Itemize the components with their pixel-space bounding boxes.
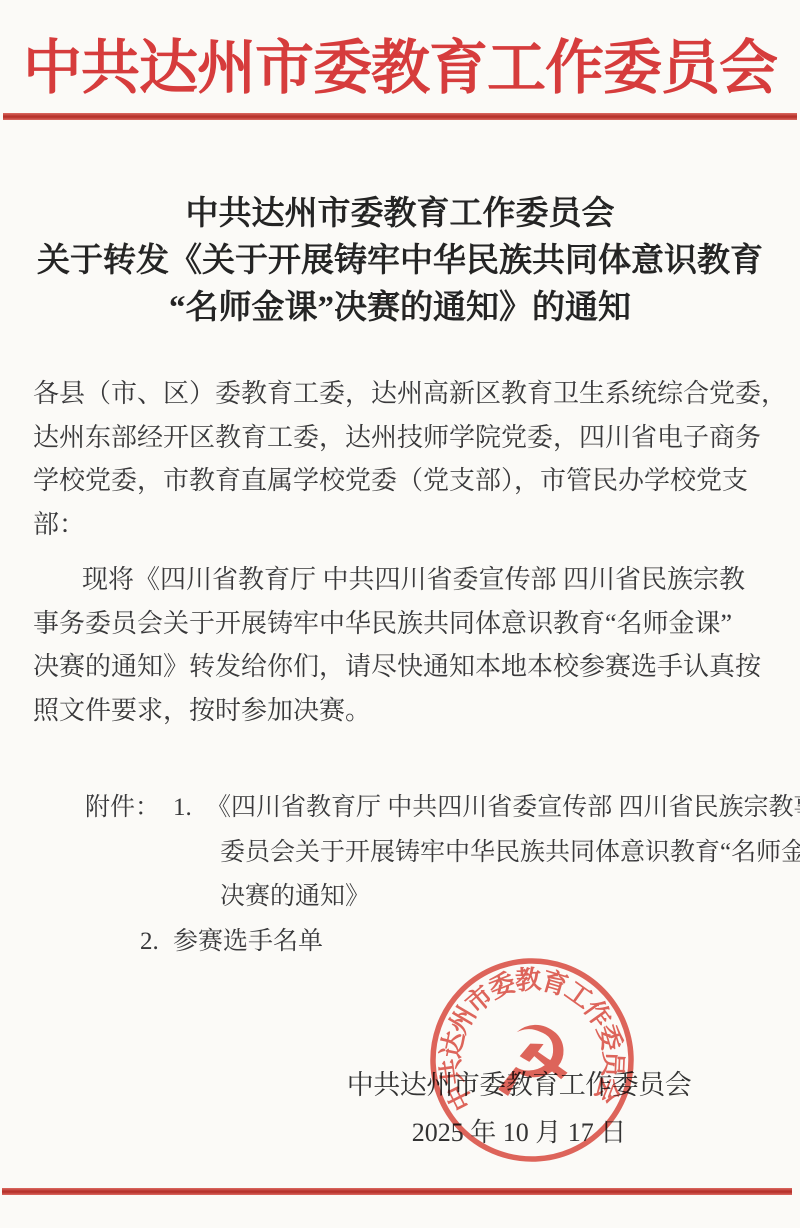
footer-divider-line [2,1188,792,1195]
document-title: 中共达州市委教育工作委员会 关于转发《关于开展铸牢中华民族共同体意识教育 “名师… [0,191,800,332]
attachment-line: 决赛的通知》 [206,875,800,920]
letterhead-divider-line [3,113,797,120]
title-line: 中共达州市委教育工作委员会 [0,191,800,238]
recipients-line: 学校党委，市教育直属学校党委（党支部），市管民办学校党支 [33,459,787,503]
recipients-line: 部： [33,503,787,547]
attachment-line: 《四川省教育厅 中共四川省委宣传部 四川省民族宗教事务 [206,786,800,831]
attachments-label: 附件： [85,786,173,920]
letterhead-org-name: 中共达州市委教育工作委员会 [0,20,800,105]
attachment-number: 1. [173,786,206,920]
attachment-line: 参赛选手名单 [173,920,323,965]
official-document-page: 中共达州市委教育工作委员会 中共达州市委教育工作委员会 关于转发《关于开展铸牢中… [0,0,800,1228]
body-line: 决赛的通知》转发给你们，请尽快通知本地本校参赛选手认真按 [33,645,761,689]
body-line: 照文件要求，按时参加决赛。 [33,689,761,733]
title-line: “名师金课”决赛的通知》的通知 [0,285,800,332]
attachments-block: 附件： 1. 《四川省教育厅 中共四川省委宣传部 四川省民族宗教事务 委员会关于… [85,786,800,964]
official-seal: 中共达州市委教育工作委员会 ☭ [423,951,640,1168]
body-line: 事务委员会关于开展铸牢中华民族共同体意识教育“名师金课” [33,602,761,646]
body-line: 现将《四川省教育厅 中共四川省委宣传部 四川省民族宗教 [33,558,761,602]
attachment-title-lines: 《四川省教育厅 中共四川省委宣传部 四川省民族宗教事务 委员会关于开展铸牢中华民… [206,786,800,920]
attachment-item: 附件： 1. 《四川省教育厅 中共四川省委宣传部 四川省民族宗教事务 委员会关于… [85,786,800,920]
recipients-line: 各县（市、区）委教育工委，达州高新区教育卫生系统综合党委， [33,372,787,416]
hammer-and-sickle-icon: ☭ [487,1005,577,1120]
recipients-line: 达州东部经开区教育工委，达州技师学院党委，四川省电子商务 [33,416,787,460]
attachment-number: 2. [140,920,173,965]
title-line: 关于转发《关于开展铸牢中华民族共同体意识教育 [0,238,800,285]
attachment-line: 委员会关于开展铸牢中华民族共同体意识教育“名师金课” [206,831,800,876]
main-paragraph: 现将《四川省教育厅 中共四川省委宣传部 四川省民族宗教 事务委员会关于开展铸牢中… [33,558,761,732]
recipients-paragraph: 各县（市、区）委教育工委，达州高新区教育卫生系统综合党委， 达州东部经开区教育工… [33,372,787,546]
